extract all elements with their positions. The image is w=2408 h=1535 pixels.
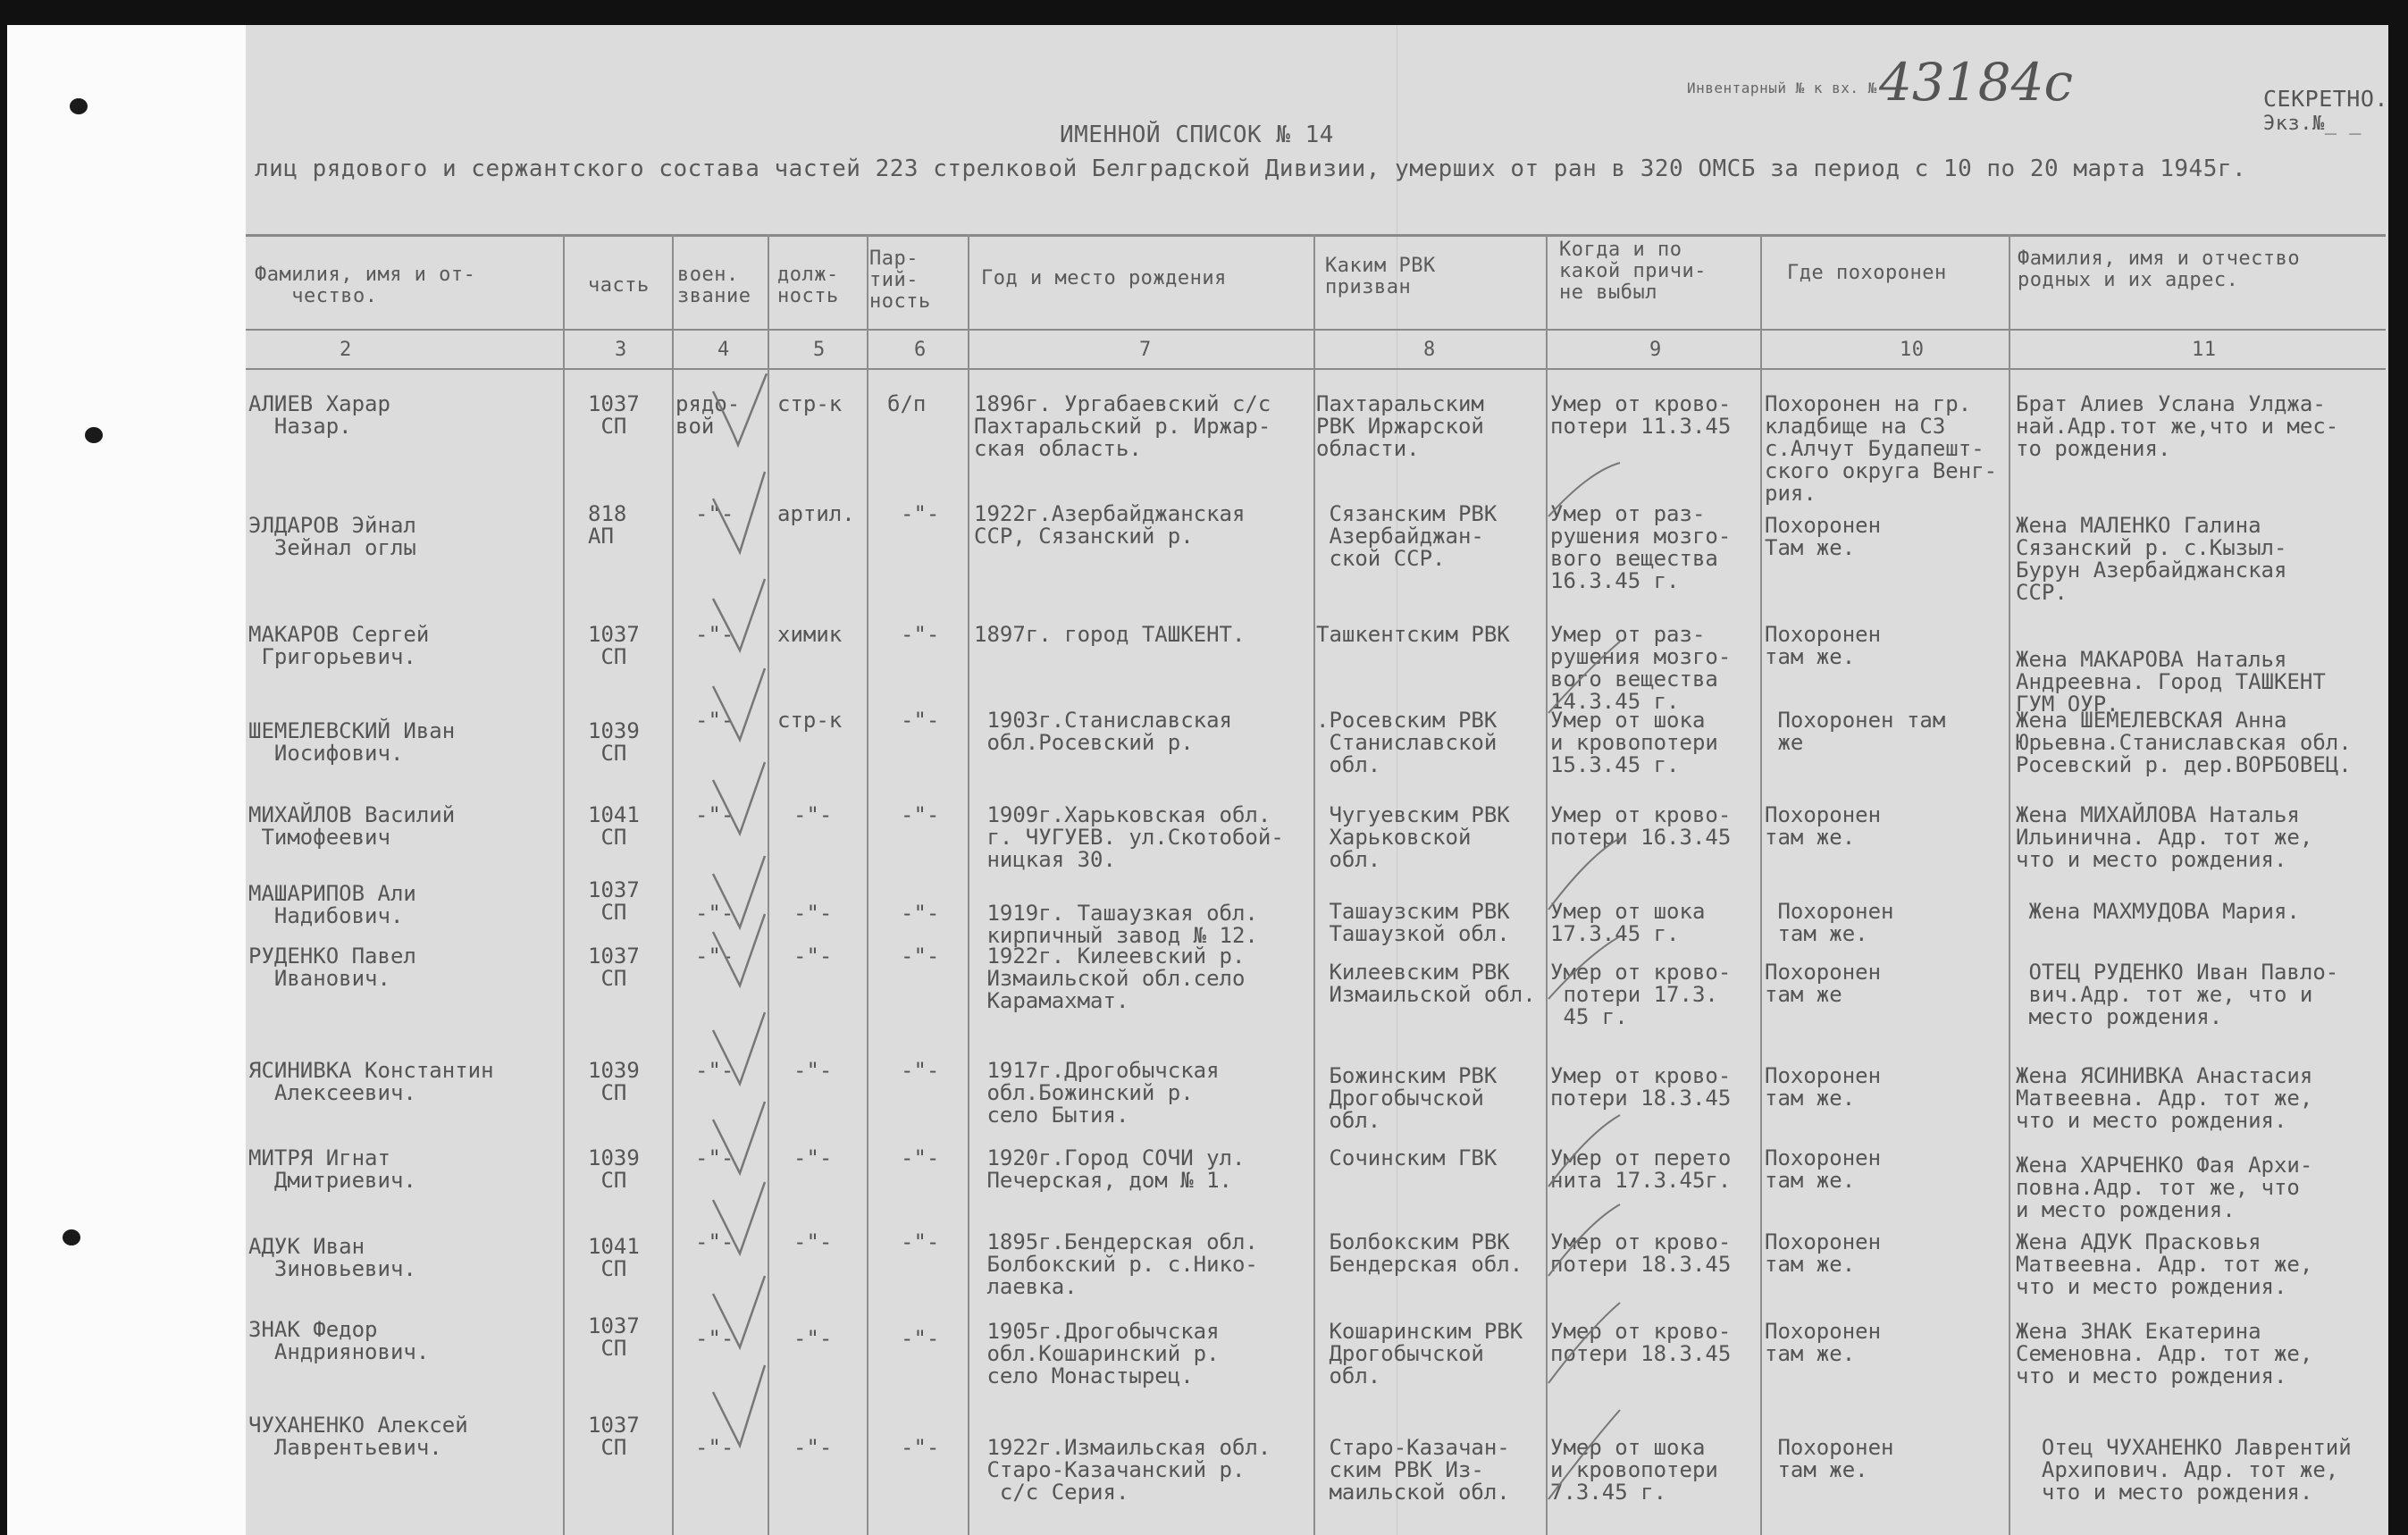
col-num: 10 — [1900, 340, 1925, 361]
soldier-name: ЭЛДАРОВ Эйнал Зейнал оглы — [248, 515, 416, 559]
birth: 1920г.Город СОЧИ ул. Печерская, дом № 1. — [974, 1147, 1245, 1192]
burial: Похоронен там же. — [1765, 1321, 1881, 1365]
unit: 1041 СП — [588, 804, 640, 849]
party: -"- — [901, 1231, 939, 1254]
unit: 1037 СП — [588, 945, 640, 990]
unit: 1041 СП — [588, 1236, 640, 1280]
punch-hole-icon — [70, 98, 88, 114]
column-divider — [672, 234, 674, 1535]
soldier-name: МАШАРИПОВ Али Надибович. — [248, 883, 416, 927]
header-death: Когда и по какой причи- не выбыл — [1559, 239, 1707, 304]
soldier-name: АДУК Иван Зиновьевич. — [248, 1236, 416, 1280]
burial: Похоронен Там же. — [1765, 515, 1881, 559]
party: -"- — [901, 804, 939, 826]
burial: Похоронен там же — [1765, 961, 1881, 1006]
relatives: Жена АДУК Прасковья Матвеевна. Адр. тот … — [2016, 1231, 2312, 1298]
handwritten-inventory-number: 43184с — [1879, 52, 2073, 113]
handwritten-checkmark-icon — [704, 373, 811, 1535]
rvk: Пахтаральским РВК Иржарской области. — [1316, 393, 1484, 460]
burial: Похоронен там же. — [1765, 1147, 1881, 1192]
header-relatives: Фамилия, имя и отчество родных и их адре… — [2018, 248, 2300, 291]
inventory-stamp-label: Инвентарный № к вх. № — [1687, 77, 1877, 100]
birth: 1897г. город ТАШКЕНТ. — [974, 624, 1245, 646]
birth: 1909г.Харьковская обл. г. ЧУГУЕВ. ул.Ско… — [974, 804, 1284, 871]
header-burial: Где похоронен — [1787, 263, 1947, 284]
rvk: .Росевским РВК Станиславской обл. — [1316, 709, 1497, 776]
handwritten-strike-icon — [1544, 418, 1651, 1535]
relatives: Жена ЗНАК Екатерина Семеновна. Адр. тот … — [2016, 1321, 2312, 1388]
column-divider — [2009, 234, 2010, 1535]
burial: Похоронен там же. — [1765, 1065, 1881, 1110]
col-num: 9 — [1649, 340, 1662, 361]
col-num: 8 — [1423, 340, 1436, 361]
soldier-name: ШЕМЕЛЕВСКИЙ Иван Иосифович. — [248, 720, 455, 765]
party: -"- — [901, 1147, 939, 1170]
header-name: Фамилия, имя и от- чество. — [255, 264, 475, 307]
birth: 1895г.Бендерская обл. Болбокский р. с.Ни… — [974, 1231, 1258, 1298]
fold-line — [1397, 25, 1397, 1535]
burial: Похоронен там же. — [1765, 624, 1881, 668]
soldier-name: МИХАЙЛОВ Василий Тимофеевич — [248, 804, 455, 849]
party: -"- — [901, 1328, 939, 1350]
col-num: 2 — [340, 340, 352, 361]
burial: Похоронен там же — [1765, 709, 1945, 754]
soldier-name: МАКАРОВ Сергей Григорьевич. — [248, 624, 429, 668]
header-position: долж- ность — [777, 264, 839, 307]
soldier-name: МИТРЯ Игнат Дмитриевич. — [248, 1147, 416, 1192]
burial: Похоронен там же. — [1765, 1437, 1894, 1481]
header-party: Пар- тий- ность — [869, 248, 931, 313]
birth: 1919г. Ташаузкая обл. кирпичный завод № … — [974, 902, 1258, 947]
rvk: Старо-Казачан- ским РВК Из- маильской об… — [1316, 1437, 1510, 1504]
left-margin — [7, 25, 246, 1535]
punch-hole-icon — [85, 427, 103, 443]
number-row-rule — [246, 368, 2386, 370]
party: -"- — [901, 624, 939, 646]
relatives: Жена ХАРЧЕНКО Фая Архи- повна.Адр. тот ж… — [2016, 1154, 2312, 1221]
column-divider — [563, 234, 565, 1535]
rvk: Килеевским РВК Измаильской обл. — [1316, 961, 1536, 1006]
rvk: Болбокским РВК Бендерская обл. — [1316, 1231, 1523, 1276]
classification-mark: СЕКРЕТНО. — [2263, 88, 2388, 111]
document-sheet: Инвентарный № к вх. № 43184с СЕКРЕТНО. Э… — [7, 25, 2388, 1535]
rvk: Чугуевским РВК Харьковской обл. — [1316, 804, 1510, 871]
unit: 1037 СП — [588, 393, 640, 438]
soldier-name: РУДЕНКО Павел Иванович. — [248, 945, 416, 990]
burial: Похоронен там же. — [1765, 901, 1894, 945]
soldier-name: ЯСИНИВКА Константин Алексеевич. — [248, 1060, 494, 1104]
unit: 1037 СП — [588, 624, 640, 668]
party: -"- — [901, 945, 939, 968]
relatives: Жена МАКАРОВА Наталья Андреевна. Город Т… — [2016, 649, 2326, 716]
relatives: Отец ЧУХАНЕНКО Лаврентий Архипович. Адр.… — [2016, 1437, 2352, 1504]
unit: 1039 СП — [588, 1147, 640, 1192]
unit: 1037 СП — [588, 879, 640, 924]
rvk: Ташаузским РВК Ташаузкой обл. — [1316, 901, 1510, 945]
header-rank: воен. звание — [677, 264, 751, 307]
relatives: Жена МИХАЙЛОВА Наталья Ильинична. Адр. т… — [2016, 804, 2312, 871]
rvk: Сочинским ГВК — [1316, 1147, 1497, 1170]
unit: 1039 СП — [588, 1060, 640, 1104]
punch-hole-icon — [63, 1229, 80, 1246]
column-divider — [1313, 234, 1315, 1535]
col-num: 7 — [1139, 340, 1152, 361]
unit: 1039 СП — [588, 720, 640, 765]
page-subtitle: лиц рядового и сержантского состава част… — [255, 157, 2246, 180]
unit: 818 АП — [588, 503, 626, 548]
birth: 1922г. Килеевский р. Измаильской обл.сел… — [974, 945, 1245, 1012]
party: -"- — [901, 503, 939, 525]
rvk: Сязанским РВК Азербайджан- ской ССР. — [1316, 503, 1497, 570]
table-top-rule — [246, 234, 2386, 237]
party: -"- — [901, 1437, 939, 1459]
birth: 1917г.Дрогобычская обл.Божинский р. село… — [974, 1060, 1220, 1127]
party: -"- — [901, 709, 939, 732]
column-divider — [867, 234, 868, 1535]
unit: 1037 СП — [588, 1414, 640, 1459]
header-rule — [246, 329, 2386, 331]
party: б/п — [887, 393, 926, 415]
soldier-name: ЧУХАНЕНКО Алексей Лаврентьевич. — [248, 1414, 468, 1459]
birth: 1922г.Азербайджанская ССР, Сязанский р. — [974, 503, 1245, 548]
relatives: Жена ШЕМЕЛЕВСКАЯ Анна Юрьевна.Станиславс… — [2016, 709, 2352, 776]
birth: 1896г. Ургабаевский с/с Пахтаральский р.… — [974, 393, 1271, 460]
soldier-name: ЗНАК Федор Андриянович. — [248, 1319, 429, 1363]
unit: 1037 СП — [588, 1315, 640, 1360]
header-rvk: Каким РВК призван — [1325, 256, 1436, 298]
col-num: 4 — [717, 340, 730, 361]
rvk: Ташкентским РВК — [1316, 624, 1510, 646]
party: -"- — [901, 902, 939, 925]
birth: 1903г.Станиславская обл.Росевский р. — [974, 709, 1232, 754]
relatives: Брат Алиев Услана Улджа- най.Адр.тот же,… — [2016, 393, 2338, 460]
rvk: Божинским РВК Дрогобычской обл. — [1316, 1065, 1497, 1132]
soldier-name: АЛИЕВ Харар Назар. — [248, 393, 390, 438]
header-unit: часть — [588, 275, 650, 297]
relatives: ОТЕЦ РУДЕНКО Иван Павло- вич.Адр. тот же… — [2016, 961, 2338, 1028]
copy-number: Экз.№_ _ — [2263, 113, 2362, 136]
burial: Похоронен там же. — [1765, 1231, 1881, 1276]
rvk: Кошаринским РВК Дрогобычской обл. — [1316, 1321, 1523, 1388]
col-num: 3 — [615, 340, 627, 361]
relatives: Жена ЯСИНИВКА Анастасия Матвеевна. Адр. … — [2016, 1065, 2312, 1132]
relatives: Жена МАЛЕНКО Галина Сязанский р. с.Кызыл… — [2016, 515, 2286, 604]
burial: Похоронен там же. — [1765, 804, 1881, 849]
column-divider — [968, 234, 969, 1535]
col-num: 11 — [2192, 340, 2217, 361]
col-num: 5 — [813, 340, 826, 361]
burial: Похоронен на гр. кладбище на СЗ с.Алчут … — [1765, 393, 1997, 505]
birth: 1905г.Дрогобычская обл.Кошаринский р. се… — [974, 1321, 1220, 1388]
header-birth: Год и место рождения — [981, 268, 1227, 289]
page-title: ИМЕННОЙ СПИСОК № 14 — [1060, 123, 1334, 147]
birth: 1922г.Измаильская обл. Старо-Казачанский… — [974, 1437, 1271, 1504]
col-num: 6 — [914, 340, 927, 361]
column-divider — [1760, 234, 1762, 1535]
relatives: Жена МАХМУДОВА Мария. — [2016, 901, 2300, 923]
party: -"- — [901, 1060, 939, 1082]
